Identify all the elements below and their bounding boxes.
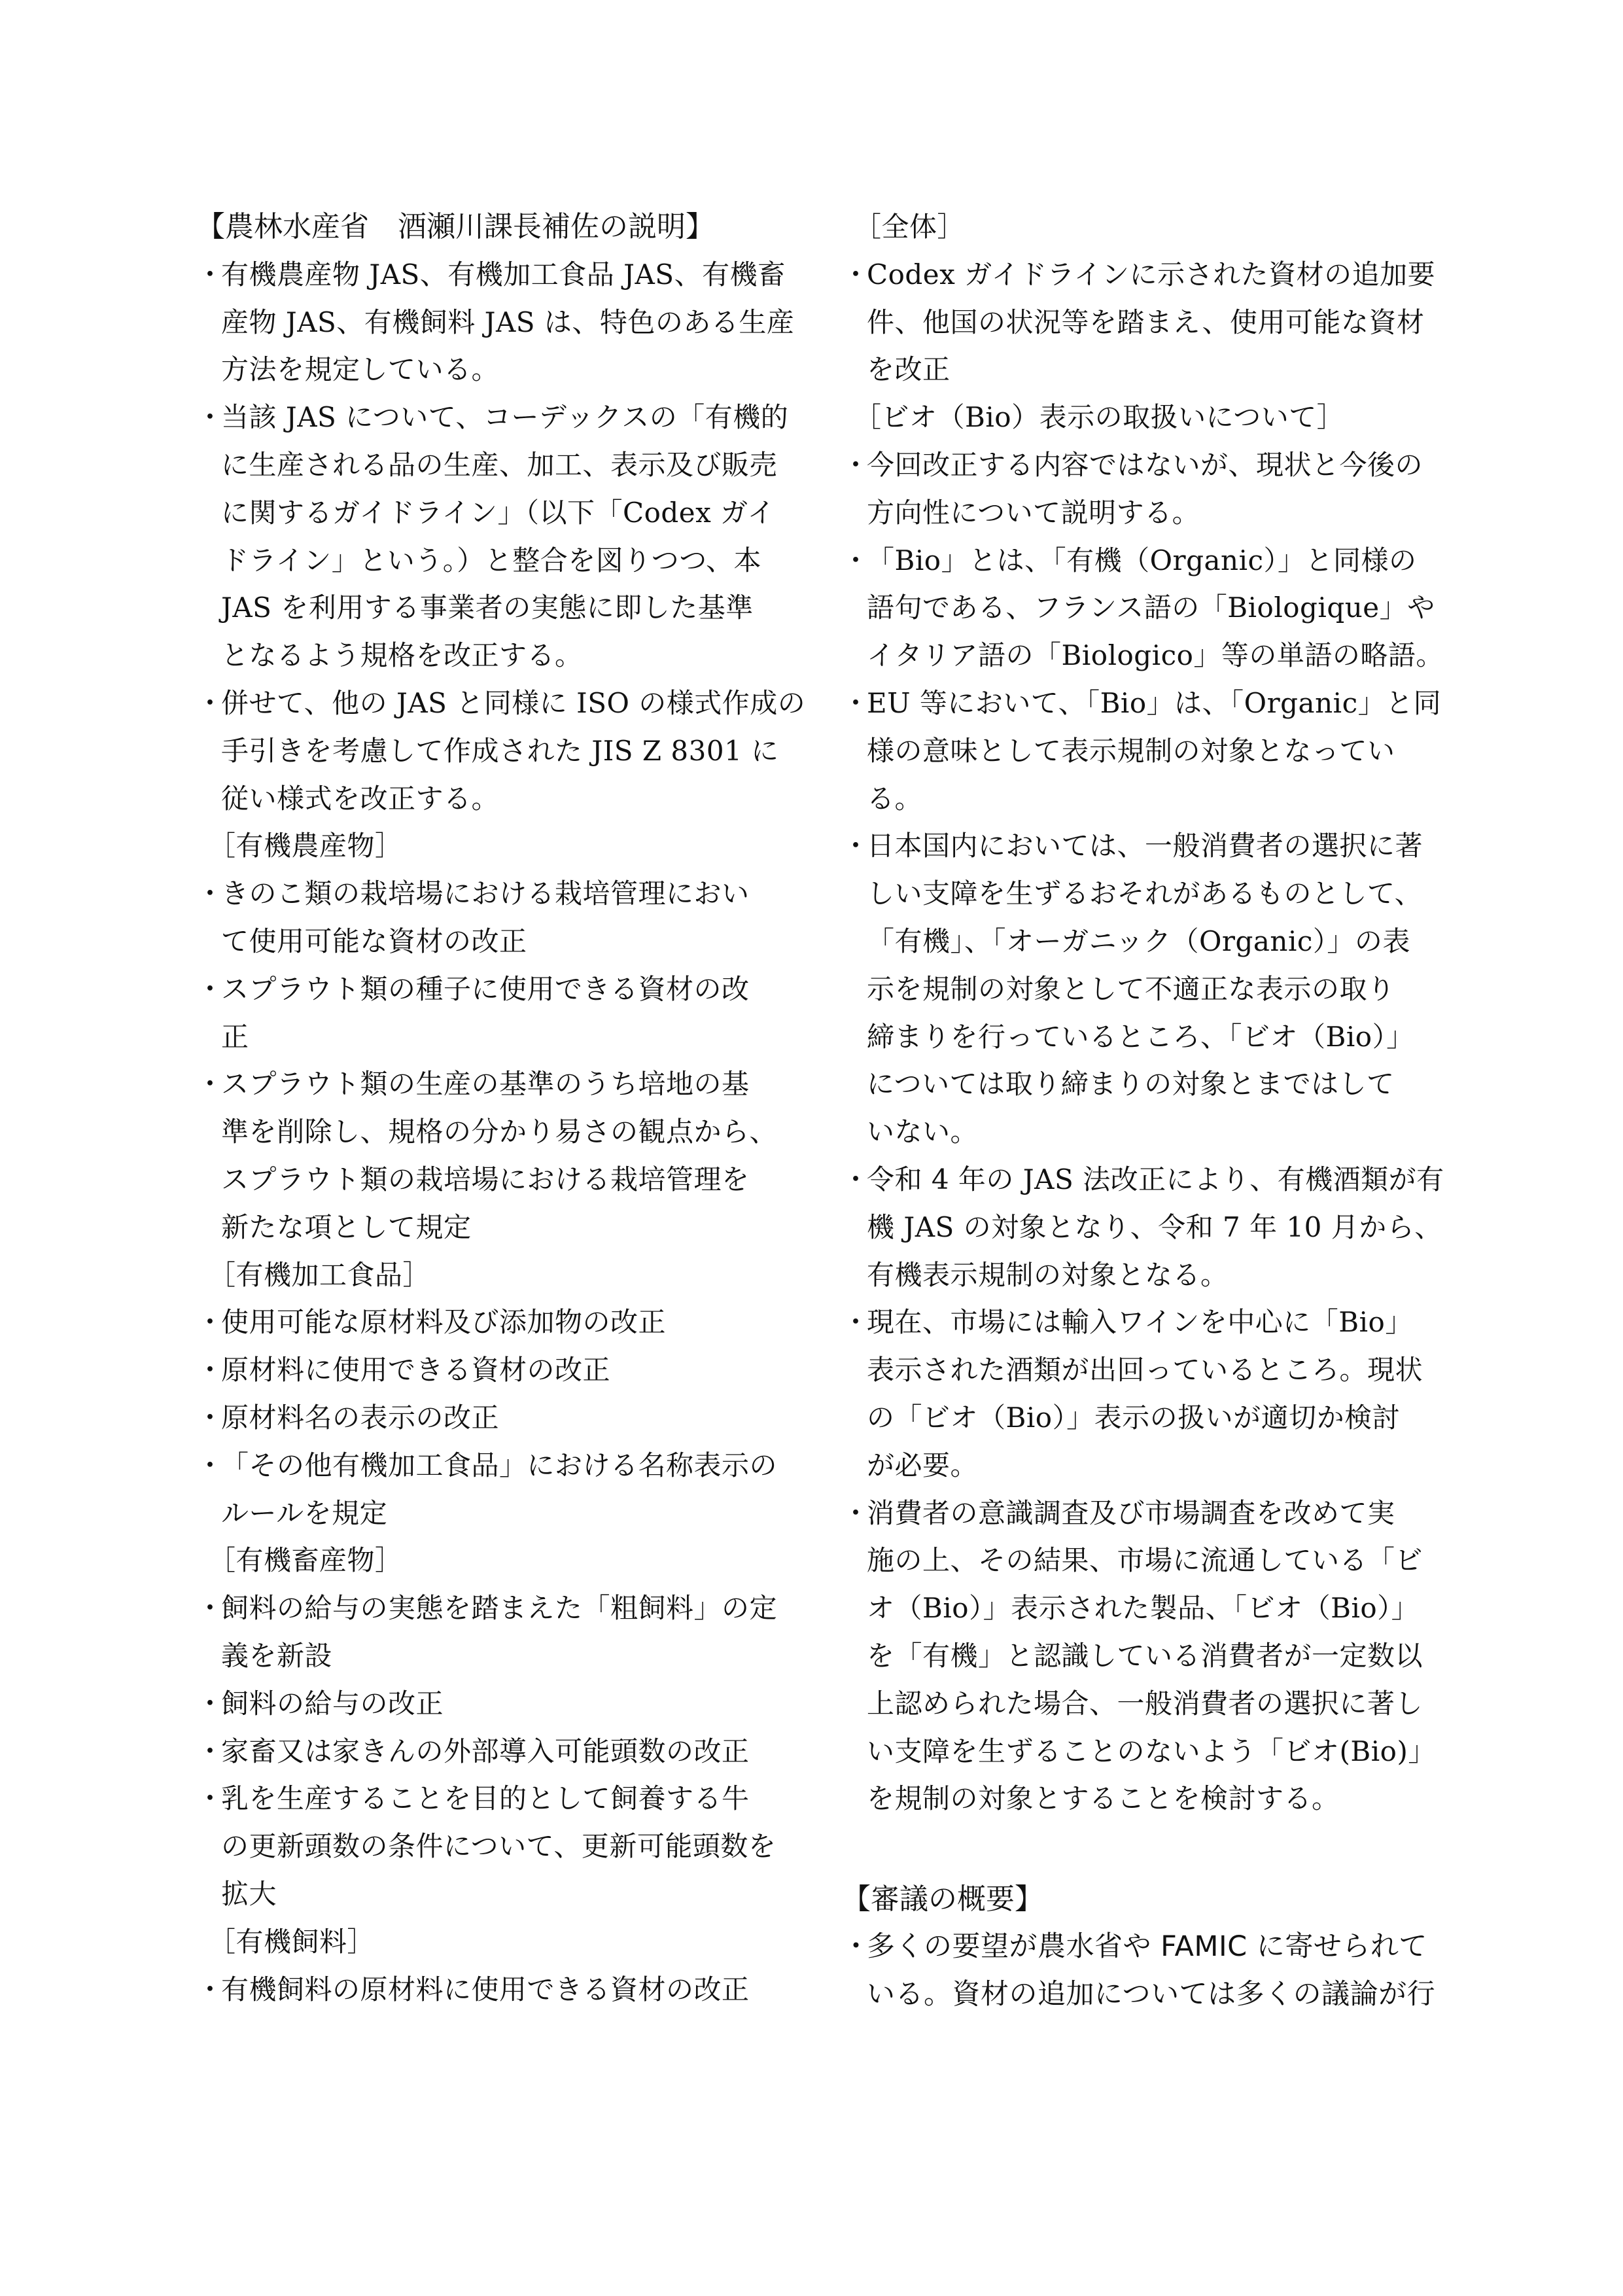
subsection-text: ［有機飼料］ <box>208 1926 375 1958</box>
continuation-text: 様の意味として表示規制の対象となってい <box>867 735 1395 767</box>
continuation-text: 手引きを考慮して作成された JIS Z 8301 に <box>221 735 779 767</box>
bullet-text: スプラウト類の生産の基準のうち培地の基 <box>221 1068 750 1100</box>
bullet-continuation: て使用可能な資材の改正 <box>196 917 527 965</box>
continuation-text: を「有機」と認識している消費者が一定数以 <box>867 1640 1423 1672</box>
bullet-continuation: 拡大 <box>196 1870 277 1918</box>
continuation-text: 方法を規定している。 <box>221 353 499 385</box>
bullet-text: 「その他有機加工食品」における名称表示の <box>221 1449 777 1481</box>
bullet-continuation: を改正 <box>842 345 951 393</box>
continuation-text: 件、他国の状況等を踏まえ、使用可能な資材 <box>867 306 1425 338</box>
bullet-text: 原材料名の表示の改正 <box>221 1402 499 1434</box>
subsection-text: ［有機加工食品］ <box>208 1259 430 1291</box>
bullet-item: ・飼料の給与の実態を踏まえた「粗飼料」の定 <box>196 1584 777 1632</box>
bullet-item: ・スプラウト類の生産の基準のうち培地の基 <box>196 1060 750 1108</box>
bullet-item: ・「その他有機加工食品」における名称表示の <box>196 1441 777 1489</box>
subsection-label: ［有機飼料］ <box>196 1918 375 1966</box>
bullet-continuation: 準を削除し、規格の分かり易さの観点から、 <box>196 1108 777 1156</box>
bullet-continuation: の更新頭数の条件について、更新可能頭数を <box>196 1822 776 1870</box>
bullet-continuation: 機 JAS の対象となり、令和 7 年 10 月から、 <box>842 1203 1442 1251</box>
bullet-text: 消費者の意識調査及び市場調査を改めて実 <box>867 1497 1395 1529</box>
bullet-continuation: スプラウト類の栽培場における栽培管理を <box>196 1156 750 1203</box>
bullet-item: ・令和 4 年の JAS 法改正により、有機酒類が有 <box>842 1156 1444 1203</box>
bullet-continuation: 表示された酒類が出回っているところ。現状 <box>842 1346 1423 1394</box>
bullet-item: ・「Bio」とは、「有機（Organic）」と同様の <box>842 537 1417 584</box>
bullet-dot-icon: ・ <box>196 965 221 1013</box>
bullet-dot-icon: ・ <box>196 1298 221 1346</box>
continuation-text: 拡大 <box>221 1878 277 1910</box>
continuation-text: 新たな項として規定 <box>221 1211 472 1243</box>
bullet-item: ・併せて、他の JAS と同様に ISO の様式作成の <box>196 679 805 727</box>
bullet-text: 有機農産物 JAS、有機加工食品 JAS、有機畜 <box>221 258 786 291</box>
bullet-text: 原材料に使用できる資材の改正 <box>221 1354 610 1386</box>
bullet-dot-icon: ・ <box>842 1156 867 1203</box>
bullet-continuation: に関するガイドライン」（以下「Codex ガイ <box>196 489 775 537</box>
bullet-continuation: 「有機」、「オーガニック（Organic）」の表 <box>842 917 1410 965</box>
continuation-text: しい支障を生ずるおそれがあるものとして、 <box>867 877 1422 910</box>
bullet-dot-icon: ・ <box>196 1584 221 1632</box>
continuation-text: を改正 <box>867 353 951 385</box>
bullet-continuation: イタリア語の「Biologico」等の単語の略語。 <box>842 631 1444 679</box>
bullet-text: 日本国内においては、一般消費者の選択に著 <box>867 830 1423 862</box>
continuation-text: いる。資材の追加については多くの議論が行 <box>867 1978 1435 2011</box>
bullet-continuation: いない。 <box>842 1108 978 1156</box>
bullet-item: ・使用可能な原材料及び添加物の改正 <box>196 1298 666 1346</box>
continuation-text: 「有機」、「オーガニック（Organic）」の表 <box>867 925 1410 957</box>
bullet-dot-icon: ・ <box>196 1775 221 1822</box>
bullet-continuation: に生産される品の生産、加工、表示及び販売 <box>196 441 777 489</box>
bullet-dot-icon: ・ <box>196 1060 221 1108</box>
subsection-text: ［ビオ（Bio）表示の取扱いについて］ <box>854 401 1344 433</box>
continuation-text: 正 <box>221 1021 249 1053</box>
bullet-text: 有機飼料の原材料に使用できる資材の改正 <box>221 1973 750 2005</box>
continuation-text: オ（Bio）」表示された製品、「ビオ（Bio）」 <box>867 1592 1419 1624</box>
continuation-text: となるよう規格を改正する。 <box>221 639 583 671</box>
bullet-item: ・有機飼料の原材料に使用できる資材の改正 <box>196 1966 750 2013</box>
continuation-text: を規制の対象とすることを検討する。 <box>867 1782 1340 1814</box>
subsection-label: ［有機加工食品］ <box>196 1251 430 1299</box>
continuation-text: スプラウト類の栽培場における栽培管理を <box>221 1163 750 1195</box>
bullet-item: ・消費者の意識調査及び市場調査を改めて実 <box>842 1489 1395 1537</box>
continuation-text: に関するガイドライン」（以下「Codex ガイ <box>221 497 775 529</box>
bullet-text: 令和 4 年の JAS 法改正により、有機酒類が有 <box>867 1163 1444 1195</box>
section-heading: 【農林水産省 酒瀬川課長補佐の説明】 <box>196 203 714 251</box>
bullet-dot-icon: ・ <box>842 1923 867 1971</box>
bullet-item: ・原材料に使用できる資材の改正 <box>196 1346 610 1394</box>
continuation-text: る。 <box>867 783 922 815</box>
heading-text: 【農林水産省 酒瀬川課長補佐の説明】 <box>196 210 714 243</box>
continuation-text: 上認められた場合、一般消費者の選択に著し <box>867 1687 1423 1720</box>
continuation-text: 示を規制の対象として不適正な表示の取り <box>867 973 1395 1005</box>
continuation-text: 準を削除し、規格の分かり易さの観点から、 <box>221 1116 777 1148</box>
bullet-continuation: 方法を規定している。 <box>196 345 499 393</box>
bullet-dot-icon: ・ <box>196 1441 221 1489</box>
bullet-dot-icon: ・ <box>196 393 221 441</box>
bullet-continuation: 手引きを考慮して作成された JIS Z 8301 に <box>196 727 779 775</box>
bullet-continuation: JAS を利用する事業者の実態に即した基準 <box>196 584 754 631</box>
subsection-label: ［有機農産物］ <box>196 822 403 870</box>
bullet-item: ・Codex ガイドラインに示された資材の追加要 <box>842 251 1435 298</box>
bullet-dot-icon: ・ <box>196 1394 221 1441</box>
bullet-dot-icon: ・ <box>842 1298 867 1346</box>
bullet-text: Codex ガイドラインに示された資材の追加要 <box>867 258 1435 291</box>
bullet-text: 家畜又は家きんの外部導入可能頭数の改正 <box>221 1735 750 1767</box>
bullet-item: ・有機農産物 JAS、有機加工食品 JAS、有機畜 <box>196 251 786 298</box>
continuation-text: に生産される品の生産、加工、表示及び販売 <box>221 449 777 481</box>
continuation-text: が必要。 <box>867 1449 978 1481</box>
bullet-item: ・スプラウト類の種子に使用できる資材の改 <box>196 965 750 1013</box>
continuation-text: 表示された酒類が出回っているところ。現状 <box>867 1354 1423 1386</box>
bullet-continuation: 従い様式を改正する。 <box>196 775 499 822</box>
bullet-continuation: ルールを規定 <box>196 1489 387 1537</box>
bullet-text: EU 等において、「Bio」は、「Organic」と同 <box>867 687 1441 719</box>
bullet-text: 多くの要望が農水省や FAMIC に寄せられて <box>867 1930 1427 1963</box>
bullet-dot-icon: ・ <box>196 1966 221 2013</box>
bullet-continuation: しい支障を生ずるおそれがあるものとして、 <box>842 870 1422 917</box>
section-heading: 【審議の概要】 <box>842 1875 1043 1923</box>
bullet-text: 使用可能な原材料及び添加物の改正 <box>221 1306 666 1338</box>
bullet-dot-icon: ・ <box>196 1727 221 1775</box>
bullet-text: スプラウト類の種子に使用できる資材の改 <box>221 973 750 1005</box>
bullet-dot-icon: ・ <box>842 537 867 584</box>
bullet-text: 併せて、他の JAS と同様に ISO の様式作成の <box>221 687 805 719</box>
bullet-dot-icon: ・ <box>196 1346 221 1394</box>
bullet-text: 「Bio」とは、「有機（Organic）」と同様の <box>867 544 1417 576</box>
bullet-dot-icon: ・ <box>842 251 867 298</box>
bullet-continuation: 上認められた場合、一般消費者の選択に著し <box>842 1680 1423 1727</box>
continuation-text: 機 JAS の対象となり、令和 7 年 10 月から、 <box>867 1211 1442 1243</box>
continuation-text: 語句である、フランス語の「Biologique」や <box>867 592 1435 624</box>
bullet-continuation: 新たな項として規定 <box>196 1203 472 1251</box>
bullet-dot-icon: ・ <box>196 1680 221 1727</box>
subsection-text: ［有機畜産物］ <box>208 1544 403 1576</box>
bullet-continuation: を「有機」と認識している消費者が一定数以 <box>842 1632 1423 1680</box>
continuation-text: イタリア語の「Biologico」等の単語の略語。 <box>867 639 1444 671</box>
subsection-label: ［ビオ（Bio）表示の取扱いについて］ <box>842 393 1344 441</box>
continuation-text: い支障を生ずることのないよう「ビオ(Bio)」 <box>867 1735 1436 1767</box>
bullet-continuation: 施の上、その結果、市場に流通している「ビ <box>842 1536 1423 1584</box>
bullet-continuation: が必要。 <box>842 1441 978 1489</box>
bullet-continuation: 正 <box>196 1013 249 1061</box>
continuation-text: の更新頭数の条件について、更新可能頭数を <box>221 1830 776 1862</box>
subsection-text: ［全体］ <box>854 211 965 243</box>
bullet-continuation: 示を規制の対象として不適正な表示の取り <box>842 965 1395 1013</box>
continuation-text: の「ビオ（Bio）」表示の扱いが適切か検討 <box>867 1402 1400 1434</box>
bullet-item: ・今回改正する内容ではないが、現状と今後の <box>842 441 1423 489</box>
bullet-continuation: る。 <box>842 775 922 822</box>
continuation-text: 有機表示規制の対象となる。 <box>867 1259 1229 1291</box>
heading-text: 【審議の概要】 <box>842 1882 1043 1916</box>
subsection-text: ［有機農産物］ <box>208 830 403 862</box>
continuation-text: 施の上、その結果、市場に流通している「ビ <box>867 1544 1423 1576</box>
bullet-item: ・飼料の給与の改正 <box>196 1680 444 1727</box>
bullet-text: 現在、市場には輸入ワインを中心に「Bio」 <box>867 1306 1413 1338</box>
continuation-text: ドライン」という。）と整合を図りつつ、本 <box>221 544 761 576</box>
continuation-text: 従い様式を改正する。 <box>221 783 499 815</box>
bullet-continuation: 義を新設 <box>196 1632 332 1680</box>
continuation-text: 産物 JAS、有機飼料 JAS は、特色のある生産 <box>221 306 794 338</box>
bullet-dot-icon: ・ <box>196 251 221 298</box>
continuation-text: ルールを規定 <box>221 1497 387 1529</box>
continuation-text: 義を新設 <box>221 1640 332 1672</box>
bullet-dot-icon: ・ <box>842 822 867 870</box>
bullet-item: ・多くの要望が農水省や FAMIC に寄せられて <box>842 1923 1427 1971</box>
bullet-item: ・日本国内においては、一般消費者の選択に著 <box>842 822 1423 870</box>
bullet-text: 飼料の給与の実態を踏まえた「粗飼料」の定 <box>221 1592 777 1624</box>
bullet-continuation: 有機表示規制の対象となる。 <box>842 1251 1229 1299</box>
bullet-continuation: の「ビオ（Bio）」表示の扱いが適切か検討 <box>842 1394 1400 1441</box>
bullet-dot-icon: ・ <box>842 441 867 489</box>
bullet-item: ・EU 等において、「Bio」は、「Organic」と同 <box>842 679 1441 727</box>
document-page: 【農林水産省 酒瀬川課長補佐の説明】・有機農産物 JAS、有機加工食品 JAS、… <box>0 0 1623 2296</box>
bullet-dot-icon: ・ <box>842 1489 867 1537</box>
bullet-continuation: 産物 JAS、有機飼料 JAS は、特色のある生産 <box>196 298 794 346</box>
bullet-continuation: い支障を生ずることのないよう「ビオ(Bio)」 <box>842 1727 1436 1775</box>
bullet-text: 今回改正する内容ではないが、現状と今後の <box>867 449 1423 481</box>
bullet-text: 乳を生産することを目的として飼養する牛 <box>221 1782 750 1814</box>
bullet-continuation: となるよう規格を改正する。 <box>196 631 583 679</box>
bullet-continuation: 様の意味として表示規制の対象となってい <box>842 727 1395 775</box>
bullet-continuation: を規制の対象とすることを検討する。 <box>842 1775 1340 1822</box>
bullet-continuation: ドライン」という。）と整合を図りつつ、本 <box>196 537 761 584</box>
continuation-text: については取り締まりの対象とまではして <box>867 1068 1395 1100</box>
continuation-text: いない。 <box>867 1116 978 1148</box>
continuation-text: て使用可能な資材の改正 <box>221 925 527 957</box>
bullet-text: きのこ類の栽培場における栽培管理におい <box>221 877 750 910</box>
subsection-label: ［有機畜産物］ <box>196 1536 403 1584</box>
bullet-dot-icon: ・ <box>196 870 221 917</box>
bullet-continuation: については取り締まりの対象とまではして <box>842 1060 1395 1108</box>
bullet-continuation: 件、他国の状況等を踏まえ、使用可能な資材 <box>842 298 1425 346</box>
continuation-text: 方向性について説明する。 <box>867 497 1200 529</box>
continuation-text: JAS を利用する事業者の実態に即した基準 <box>221 592 754 624</box>
bullet-item: ・現在、市場には輸入ワインを中心に「Bio」 <box>842 1298 1413 1346</box>
bullet-item: ・家畜又は家きんの外部導入可能頭数の改正 <box>196 1727 750 1775</box>
bullet-item: ・きのこ類の栽培場における栽培管理におい <box>196 870 750 917</box>
bullet-continuation: オ（Bio）」表示された製品、「ビオ（Bio）」 <box>842 1584 1419 1632</box>
bullet-continuation: 語句である、フランス語の「Biologique」や <box>842 584 1435 631</box>
bullet-continuation: 締まりを行っているところ、「ビオ（Bio）」 <box>842 1013 1414 1061</box>
bullet-continuation: いる。資材の追加については多くの議論が行 <box>842 1971 1435 2019</box>
continuation-text: 締まりを行っているところ、「ビオ（Bio）」 <box>867 1021 1414 1053</box>
bullet-item: ・当該 JAS について、コーデックスの「有機的 <box>196 393 788 441</box>
bullet-text: 当該 JAS について、コーデックスの「有機的 <box>221 401 788 433</box>
bullet-dot-icon: ・ <box>842 679 867 727</box>
bullet-continuation: 方向性について説明する。 <box>842 489 1200 537</box>
bullet-text: 飼料の給与の改正 <box>221 1687 444 1720</box>
bullet-item: ・原材料名の表示の改正 <box>196 1394 499 1441</box>
bullet-item: ・乳を生産することを目的として飼養する牛 <box>196 1775 750 1822</box>
bullet-dot-icon: ・ <box>196 679 221 727</box>
subsection-label: ［全体］ <box>842 203 965 251</box>
